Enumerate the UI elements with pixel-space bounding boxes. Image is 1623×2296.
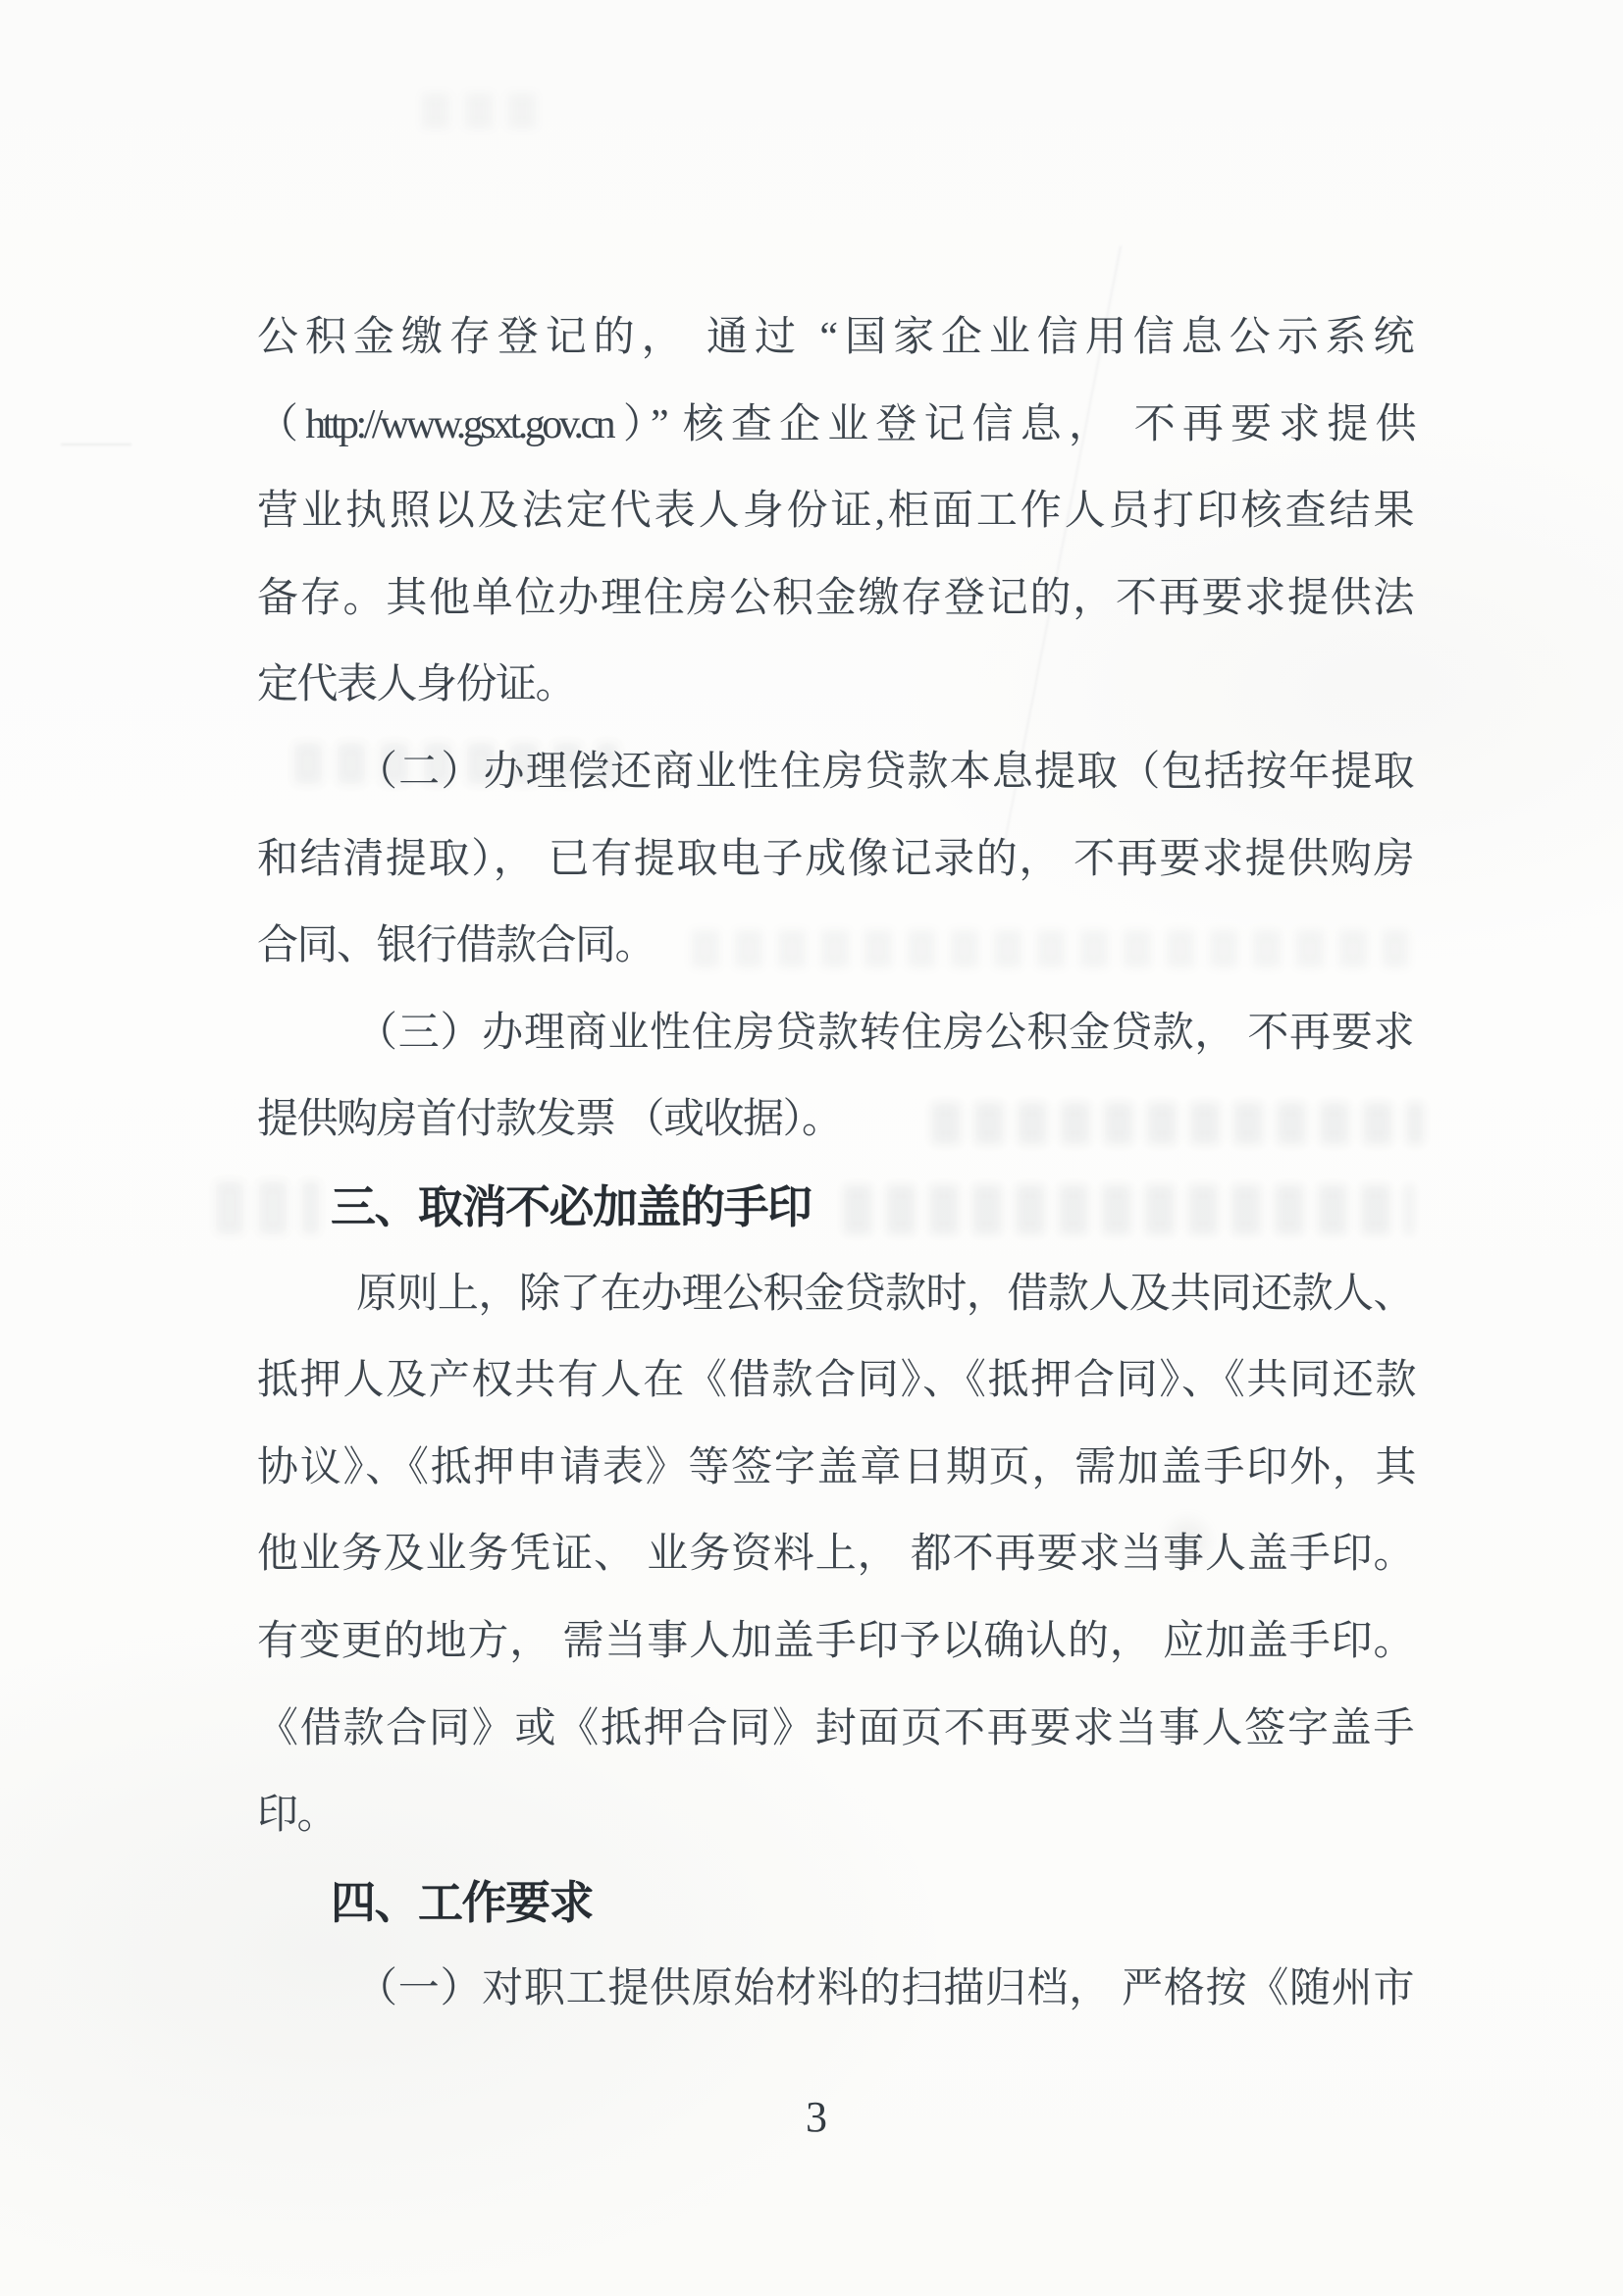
doc-line-14: 协议》、《抵押申请表》等签字盖章日期页，需加盖手印外，其	[257, 1425, 1413, 1512]
doc-line-4: 备存。其他单位办理住房公积金缴存登记的，不再要求提供法	[257, 555, 1413, 643]
doc-line-8: 合同、银行借款合同。	[257, 903, 1413, 990]
doc-line-18: 印。	[257, 1772, 1413, 1859]
document-body: 公积金缴存登记的， 通过 “国家企业信用信息公示系统 （http://www.g…	[257, 294, 1413, 2033]
doc-line-13: 抵押人及产权共有人在《借款合同》、《抵押合同》、《共同还款	[257, 1337, 1413, 1425]
doc-line-20: （一）对职工提供原始材料的扫描归档， 严格按《随州市	[257, 1946, 1413, 2033]
doc-line-2: （http://www.gsxt.gov.cn）” 核查企业登记信息， 不再要求…	[257, 382, 1413, 469]
doc-line-7: 和结清提取）， 已有提取电子成像记录的， 不再要求提供购房	[257, 816, 1413, 904]
section-heading-3: 三、取消不必加盖的手印	[257, 1164, 1413, 1251]
doc-line-5: 定代表人身份证。	[257, 642, 1413, 729]
section-heading-4: 四、工作要求	[257, 1859, 1413, 1947]
doc-line-9: （三）办理商业性住房贷款转住房公积金贷款， 不再要求	[257, 990, 1413, 1077]
doc-line-16: 有变更的地方， 需当事人加盖手印予以确认的， 应加盖手印。	[257, 1598, 1413, 1686]
doc-line-10: 提供购房首付款发票 （或收据）。	[257, 1076, 1413, 1164]
scanned-page: 公积金缴存登记的， 通过 “国家企业信用信息公示系统 （http://www.g…	[0, 0, 1623, 2296]
scan-artifact	[422, 93, 550, 129]
doc-line-15: 他业务及业务凭证、 业务资料上， 都不再要求当事人盖手印。	[257, 1511, 1413, 1598]
doc-line-12: 原则上，除了在办理公积金贷款时，借款人及共同还款人、	[257, 1251, 1413, 1338]
doc-line-6: （二）办理偿还商业性住房贷款本息提取（包括按年提取	[257, 729, 1413, 816]
doc-line-17: 《借款合同》或《抵押合同》封面页不再要求当事人签字盖手	[257, 1686, 1413, 1773]
page-number: 3	[0, 2086, 1623, 2149]
doc-line-3: 营业执照以及法定代表人身份证,柜面工作人员打印核查结果	[257, 468, 1413, 555]
scan-artifact	[61, 444, 131, 445]
doc-line-1: 公积金缴存登记的， 通过 “国家企业信用信息公示系统	[257, 294, 1413, 382]
